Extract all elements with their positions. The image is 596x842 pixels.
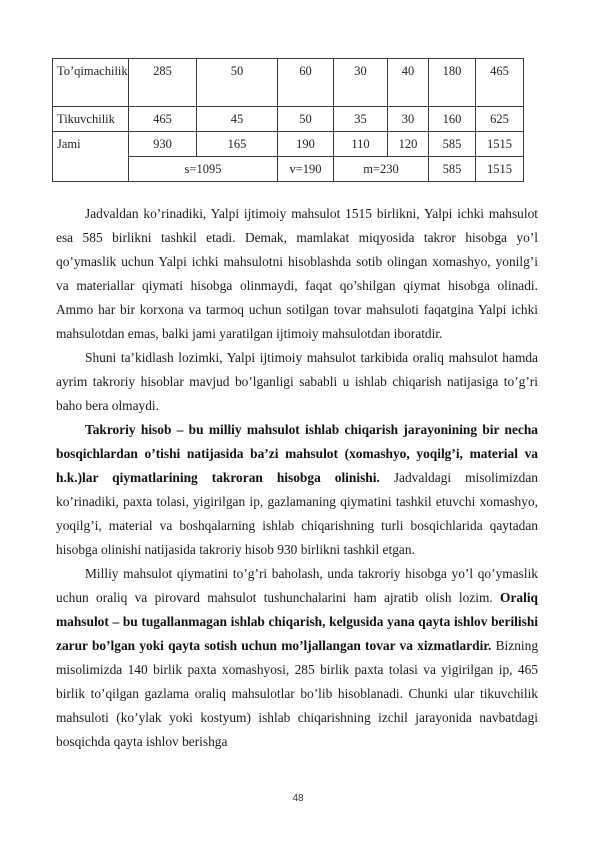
table-cell: 35 <box>334 107 388 132</box>
summary-m: m=230 <box>334 157 429 182</box>
summary-s: s=1095 <box>129 157 278 182</box>
table-cell: 50 <box>278 107 334 132</box>
table-cell: 465 <box>129 107 197 132</box>
table-row: To’qimachilik 285 50 60 30 40 180 465 <box>53 59 524 107</box>
table-cell: 120 <box>388 132 429 157</box>
paragraph: Milliy mahsulot qiymatini to’g’ri bahola… <box>56 562 538 754</box>
paragraph: Jadvaldan ko’rinadiki, Yalpi ijtimoiy ma… <box>56 202 538 346</box>
table-cell: 625 <box>476 107 524 132</box>
table-cell: 930 <box>129 132 197 157</box>
summary-v: v=190 <box>278 157 334 182</box>
table-cell: 60 <box>278 59 334 107</box>
row-label: To’qimachilik <box>53 59 129 107</box>
table-cell: 45 <box>197 107 278 132</box>
table-cell: 180 <box>429 59 476 107</box>
paragraph-text: Milliy mahsulot qiymatini to’g’ri bahola… <box>56 566 538 605</box>
table-cell: 40 <box>388 59 429 107</box>
table-cell: 160 <box>429 107 476 132</box>
paragraph-text: Bizning misolimizda 140 birlik paxta xom… <box>56 638 538 749</box>
table-cell: 165 <box>197 132 278 157</box>
table-cell: 110 <box>334 132 388 157</box>
row-label: Jami <box>53 132 129 182</box>
paragraph-text: Jadvaldan ko’rinadiki, Yalpi ijtimoiy ma… <box>56 206 538 341</box>
paragraph-text: Shuni ta’kidlash lozimki, Yalpi ijtimoiy… <box>56 350 538 413</box>
table-cell: 465 <box>476 59 524 107</box>
table-cell: 1515 <box>476 132 524 157</box>
paragraph: Shuni ta’kidlash lozimki, Yalpi ijtimoiy… <box>56 346 538 418</box>
table-cell: 50 <box>197 59 278 107</box>
table-row: Tikuvchilik 465 45 50 35 30 160 625 <box>53 107 524 132</box>
summary-gdp: 585 <box>429 157 476 182</box>
table-cell: 30 <box>334 59 388 107</box>
paragraph: Takroriy hisob – bu milliy mahsulot ishl… <box>56 418 538 562</box>
document-page: To’qimachilik 285 50 60 30 40 180 465 Ti… <box>0 0 596 842</box>
table-row: Jami 930 165 190 110 120 585 1515 <box>53 132 524 157</box>
table-cell: 30 <box>388 107 429 132</box>
summary-total: 1515 <box>476 157 524 182</box>
page-number: 48 <box>0 793 596 804</box>
table-cell: 285 <box>129 59 197 107</box>
body-text: Jadvaldan ko’rinadiki, Yalpi ijtimoiy ma… <box>56 202 538 754</box>
table-cell: 190 <box>278 132 334 157</box>
table-cell: 585 <box>429 132 476 157</box>
row-label: Tikuvchilik <box>53 107 129 132</box>
production-table: To’qimachilik 285 50 60 30 40 180 465 Ti… <box>52 58 524 182</box>
